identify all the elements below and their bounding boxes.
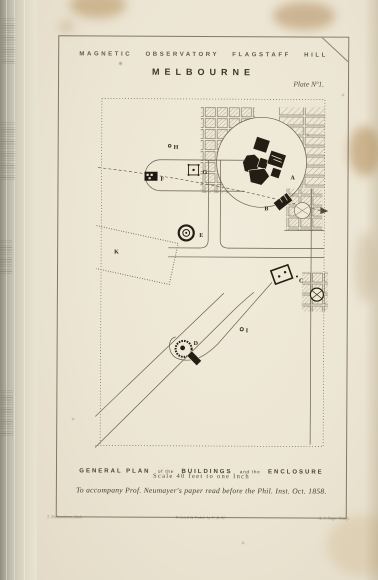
imprint-center: Printed & Pubd. by F. & M. [175,515,225,520]
imprint-right: A. J. Sage, Sculp. [318,516,349,521]
map-label-e: E [199,233,203,239]
map-label-c: C [299,279,303,285]
plate-number: Plate Nº1. [293,79,324,88]
plate-title: MAGNETIC OBSERVATORY FLAGSTAFF HILL [59,51,348,59]
garden-se [302,272,328,312]
foxing-stain [70,0,126,18]
corner-fold-icon [318,38,348,64]
structure-g [188,164,200,176]
map-label-h: H [174,145,179,151]
map-label-a: A [291,175,296,181]
mark-h [168,145,171,148]
map-label-d: D [194,341,199,347]
plate-frame: MAGNETIC OBSERVATORY FLAGSTAFF HILL MELB… [56,35,350,519]
foxing-speck [242,542,244,544]
pillar-e [179,225,194,240]
foxing-stain [273,2,335,30]
map-label-f: F [160,177,164,183]
facing-page-edge [0,0,37,580]
building-c [271,265,298,284]
page-edge-shadow [364,0,378,580]
foxing-stain [59,22,74,31]
facing-page-text-marks [1,122,15,180]
page-edge-line [14,0,15,580]
dedication-note: To accompany Prof. Neumayer's paper read… [57,485,346,496]
scale-note: Scale 40 feet to one Inch [57,472,346,481]
map-label-k: K [114,250,119,256]
book-photo: MAGNETIC OBSERVATORY FLAGSTAFF HILL MELB… [0,0,378,580]
facing-page-text-marks [0,240,12,274]
imprint-row: T. Richardson, Delt. Printed & Pubd. by … [47,514,350,521]
map-label-i: I [246,328,249,334]
mark-i [240,328,243,331]
map-label-b: B [264,206,268,212]
page-edge-line [24,0,25,580]
facing-page-text-marks [1,390,13,436]
map-canvas: A B C D E F G H I K [95,95,337,456]
map-label-g: G [203,170,208,176]
plate-subtitle-city: MELBOURNE [59,66,348,78]
paddock-k [95,217,178,285]
book-page: MAGNETIC OBSERVATORY FLAGSTAFF HILL MELB… [37,0,378,580]
hut-f [145,172,158,181]
imprint-left: T. Richardson, Delt. [47,514,83,519]
facing-page-text-marks [2,18,15,64]
page-edge-line [6,0,7,580]
